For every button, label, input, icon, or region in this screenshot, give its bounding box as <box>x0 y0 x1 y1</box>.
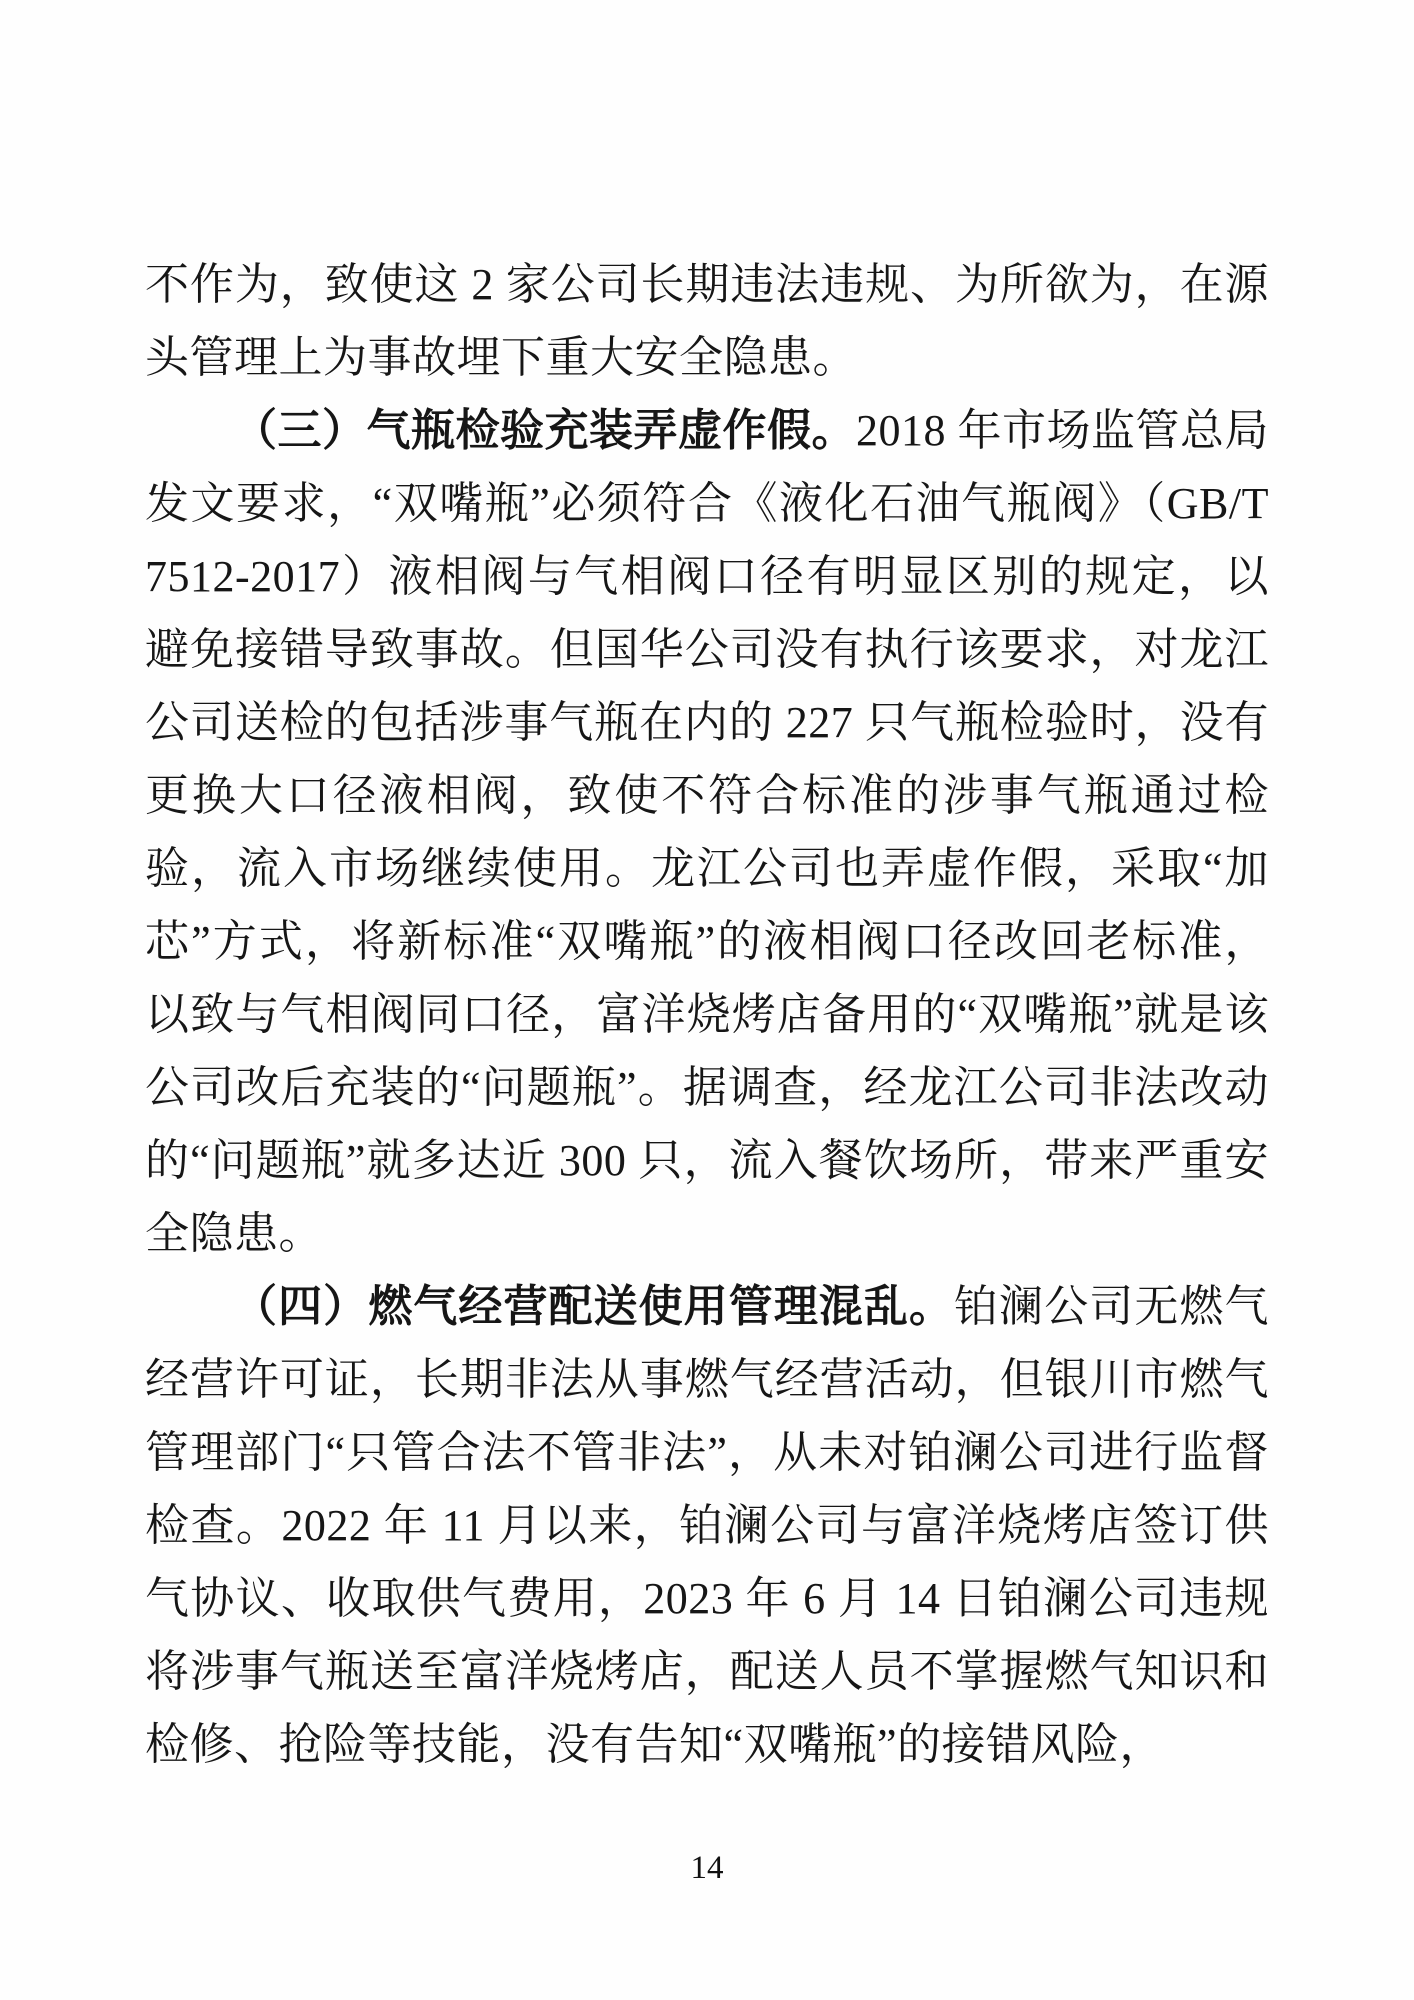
paragraph-section-4: （四）燃气经营配送使用管理混乱。铂澜公司无燃气经营许可证，长期非法从事燃气经营活… <box>145 1270 1269 1781</box>
paragraph-text: 2018 年市场监管总局发文要求，“双嘴瓶”必须符合《液化石油气瓶阀》（GB/T… <box>145 406 1269 1258</box>
document-page: 不作为，致使这 2 家公司长期违法违规、为所欲为，在源头管理上为事故埋下重大安全… <box>0 0 1414 2000</box>
paragraph-heading: （三）气瓶检验充装弄虚作假。 <box>233 406 856 455</box>
paragraph-continuation: 不作为，致使这 2 家公司长期违法违规、为所欲为，在源头管理上为事故埋下重大安全… <box>145 248 1269 394</box>
paragraph-text: 铂澜公司无燃气经营许可证，长期非法从事燃气经营活动，但银川市燃气管理部门“只管合… <box>145 1282 1269 1769</box>
paragraph-heading: （四）燃气经营配送使用管理混乱。 <box>233 1282 954 1331</box>
paragraph-text: 不作为，致使这 2 家公司长期违法违规、为所欲为，在源头管理上为事故埋下重大安全… <box>145 260 1269 382</box>
document-body: 不作为，致使这 2 家公司长期违法违规、为所欲为，在源头管理上为事故埋下重大安全… <box>145 248 1269 1781</box>
page-number: 14 <box>0 1848 1414 1888</box>
paragraph-section-3: （三）气瓶检验充装弄虚作假。2018 年市场监管总局发文要求，“双嘴瓶”必须符合… <box>145 394 1269 1270</box>
